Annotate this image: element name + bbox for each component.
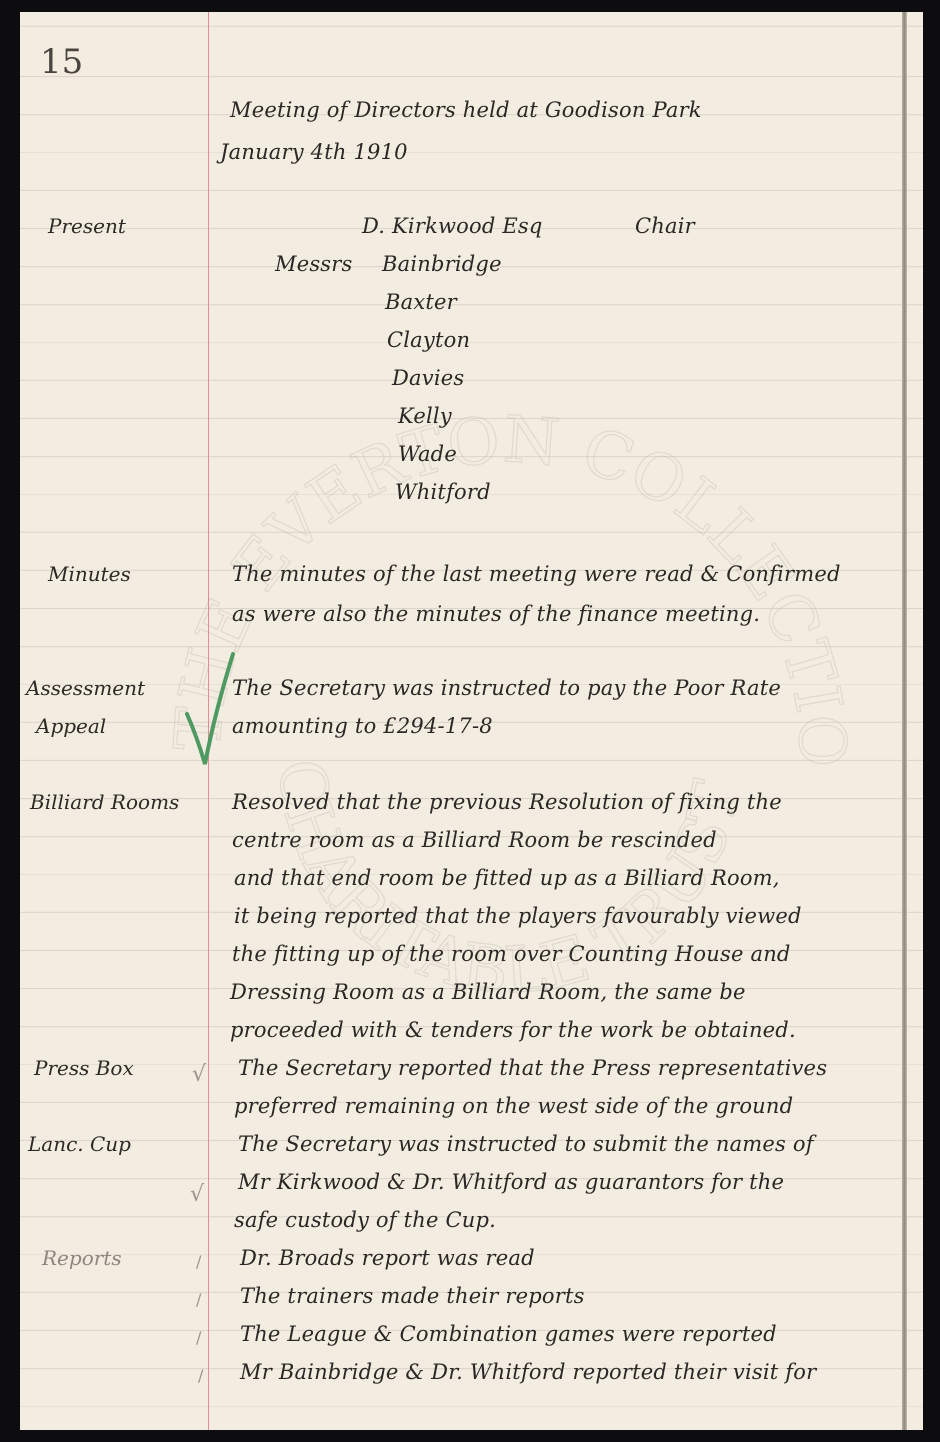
member-name: Kelly bbox=[398, 404, 452, 428]
member-name: Clayton bbox=[387, 328, 470, 352]
scan-border bbox=[923, 12, 940, 1430]
member-name: Wade bbox=[398, 442, 457, 466]
pencil-tick-icon: / bbox=[196, 1328, 201, 1347]
member-name: Whitford bbox=[395, 480, 491, 504]
reports-line: Dr. Broads report was read bbox=[240, 1246, 535, 1270]
reports-line: The trainers made their reports bbox=[240, 1284, 585, 1308]
assessment-line: The Secretary was instructed to pay the … bbox=[232, 676, 781, 700]
lanc-cup-line: The Secretary was instructed to submit t… bbox=[238, 1132, 814, 1156]
billiard-line: the fitting up of the room over Counting… bbox=[232, 942, 791, 966]
pencil-tick-icon: / bbox=[196, 1252, 201, 1271]
meeting-date: January 4th 1910 bbox=[220, 140, 408, 164]
section-label-lanc-cup: Lanc. Cup bbox=[28, 1132, 131, 1156]
page-number: 15 bbox=[40, 42, 83, 82]
chair-name: D. Kirkwood Esq bbox=[362, 214, 543, 238]
meeting-heading: Meeting of Directors held at Goodison Pa… bbox=[230, 98, 702, 122]
page-binding-edge bbox=[902, 12, 907, 1430]
reports-line: Mr Bainbridge & Dr. Whitford reported th… bbox=[240, 1360, 816, 1384]
lanc-cup-line: Mr Kirkwood & Dr. Whitford as guarantors… bbox=[238, 1170, 784, 1194]
pencil-tick-icon: / bbox=[198, 1366, 203, 1385]
pencil-tick-icon: / bbox=[196, 1290, 201, 1309]
section-label-assessment: Assessment bbox=[26, 676, 145, 700]
chair-role: Chair bbox=[635, 214, 695, 238]
billiard-line: it being reported that the players favou… bbox=[234, 904, 802, 928]
messrs-label: Messrs bbox=[275, 252, 353, 276]
watermark-line1: THE EVERTON COLLECTION bbox=[140, 332, 859, 769]
billiard-line: proceeded with & tenders for the work be… bbox=[230, 1018, 796, 1042]
pencil-tick-icon: √ bbox=[190, 1182, 204, 1207]
minutes-line: The minutes of the last meeting were rea… bbox=[232, 562, 841, 586]
minutes-line: as were also the minutes of the finance … bbox=[232, 602, 760, 626]
section-label-press-box: Press Box bbox=[34, 1056, 134, 1080]
assessment-line: amounting to £294-17-8 bbox=[232, 714, 493, 738]
member-name: Baxter bbox=[385, 290, 457, 314]
pencil-tick-icon: √ bbox=[192, 1062, 206, 1087]
billiard-line: Dressing Room as a Billiard Room, the sa… bbox=[230, 980, 746, 1004]
section-label-minutes: Minutes bbox=[48, 562, 131, 586]
ledger-page: THE EVERTON COLLECTION CHARITABLE TRUST … bbox=[20, 12, 923, 1430]
member-name: Davies bbox=[392, 366, 464, 390]
section-label-billiard-rooms: Billiard Rooms bbox=[30, 790, 179, 814]
section-label-reports: Reports bbox=[42, 1246, 122, 1270]
reports-line: The League & Combination games were repo… bbox=[240, 1322, 777, 1346]
present-label: Present bbox=[48, 214, 126, 238]
svg-text:THE EVERTON COLLECTION: THE EVERTON COLLECTION bbox=[140, 332, 859, 769]
section-label-appeal: Appeal bbox=[36, 714, 106, 738]
press-box-line: The Secretary reported that the Press re… bbox=[238, 1056, 827, 1080]
green-check-icon bbox=[185, 652, 235, 767]
billiard-line: centre room as a Billiard Room be rescin… bbox=[232, 828, 717, 852]
press-box-line: preferred remaining on the west side of … bbox=[234, 1094, 793, 1118]
billiard-line: and that end room be fitted up as a Bill… bbox=[234, 866, 780, 890]
member-name: Bainbridge bbox=[382, 252, 502, 276]
billiard-line: Resolved that the previous Resolution of… bbox=[232, 790, 782, 814]
lanc-cup-line: safe custody of the Cup. bbox=[234, 1208, 496, 1232]
